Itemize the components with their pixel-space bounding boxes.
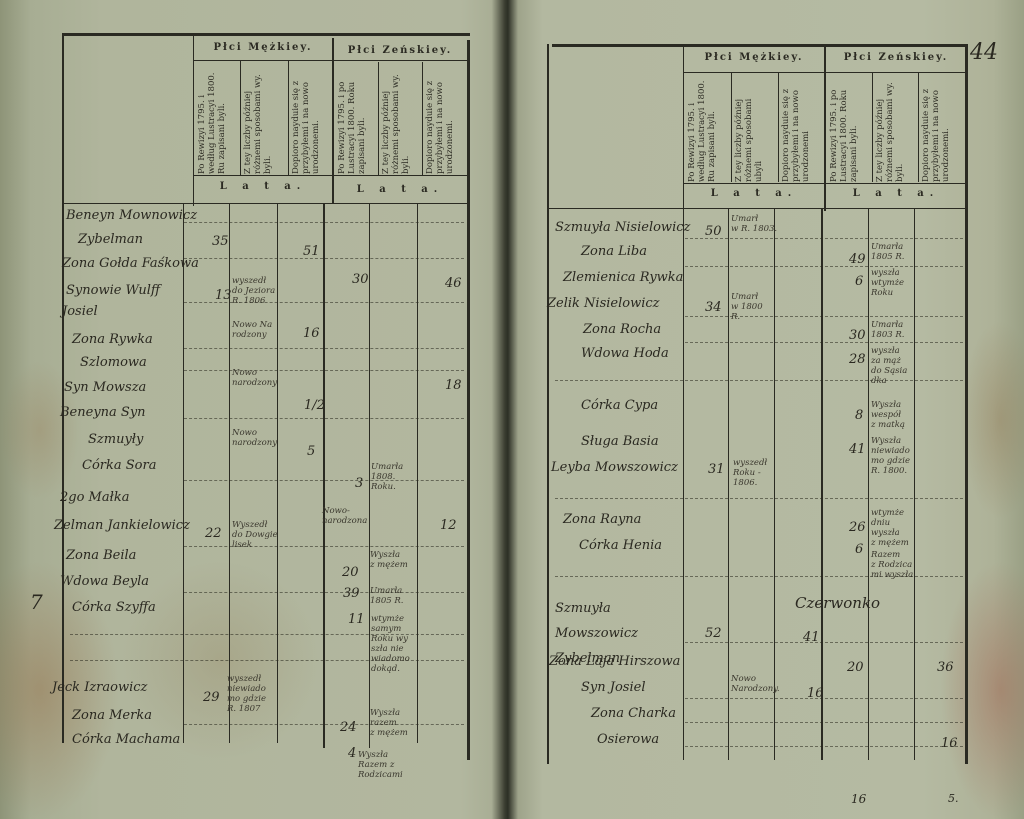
person-name: Córka Cypa: [581, 398, 658, 413]
male-1795-age: 50: [705, 224, 722, 239]
female-1795-age: 28: [849, 352, 866, 367]
male-current-age: 51: [303, 244, 320, 259]
female-departure-note: wyszła wtymże Roku: [871, 268, 904, 298]
person-name: Zona Beila: [66, 548, 136, 563]
name-column-border: [193, 36, 194, 206]
header-bottom: [549, 208, 967, 209]
person-name: Szmuyły: [88, 432, 143, 447]
table-top-border: [62, 33, 470, 36]
female-departure-note: Umarła 1805 R.: [871, 242, 904, 262]
male-departure-note: Nowo Na rodzony: [232, 320, 272, 340]
dotted-rule: [184, 348, 464, 349]
lata-label: L a t a.: [195, 181, 331, 192]
person-name: Zona Liba: [581, 244, 647, 259]
column-divider: [229, 203, 230, 743]
dotted-rule: [555, 576, 963, 577]
left-page: Płci Mężkiey. Płci Zeńskiey. Po Rewizyi …: [0, 0, 500, 819]
table-top-border: [552, 44, 968, 47]
column-divider: [868, 208, 869, 760]
column-divider: [277, 203, 278, 743]
female-departure-note: Wyszła razem z mężem: [370, 708, 408, 738]
name-column-border: [683, 46, 684, 211]
female-1795-age: 6: [855, 274, 863, 289]
column-header: Dopioro nayduie się z przybyłemi i na no…: [781, 76, 823, 182]
column-header: Dopioro nayduie się z przybyłemi i na no…: [291, 64, 331, 174]
female-departure-note: Umarła 1808. Roku.: [371, 462, 403, 492]
female-departure-note: Umarła 1805 R.: [370, 586, 403, 606]
female-departure-note: Wyszła niewiado mo gdzie R. 1800.: [871, 436, 910, 476]
female-birth-note: Nowo- narodzona: [322, 506, 367, 526]
person-name: Syn Josiel: [581, 680, 645, 695]
male-current-age: 5: [307, 444, 315, 459]
person-name: Zona Laja Hirszowa: [549, 654, 680, 669]
footer-mark: 5.: [948, 792, 959, 805]
column-header: Z tey liczby później różnemi sposobami w…: [243, 64, 285, 174]
person-name: Zona Merka: [72, 708, 152, 723]
person-name: Szmuyła Nisielowicz: [555, 220, 690, 235]
person-name: Zona Rywka: [72, 332, 153, 347]
person-name: Córka Henia: [579, 538, 662, 553]
dotted-rule: [685, 266, 963, 267]
male-departure-note: wyszedł niewiado mo gdzie R. 1807: [227, 674, 266, 714]
column-header: Po Rewizyi 1795. i według Lustracyi 1800…: [197, 64, 239, 174]
group-divider: [824, 46, 826, 211]
dotted-rule: [70, 660, 464, 661]
female-1795-age: 6: [855, 542, 863, 557]
dotted-rule: [70, 634, 464, 635]
person-name: Sługa Basia: [581, 434, 659, 449]
dotted-rule: [685, 642, 963, 643]
column-divider: [417, 203, 418, 743]
column-divider: [778, 72, 779, 182]
lata-divider: [193, 175, 468, 176]
dotted-rule: [685, 746, 963, 747]
column-divider: [183, 203, 184, 743]
lata-label: L a t a.: [685, 188, 823, 199]
female-current-age: 16: [941, 736, 958, 751]
person-name: Szlomowa: [80, 355, 147, 370]
dotted-rule: [184, 370, 464, 371]
dotted-rule: [184, 418, 464, 419]
lata-divider: [683, 183, 967, 184]
page-number: 44: [970, 40, 998, 65]
column-header: Z tey liczby później różnemi sposobami u…: [734, 76, 776, 182]
column-header: Po Rewizyi 1795. i według Lustracyi 1800…: [687, 76, 729, 182]
female-current-age: 36: [937, 660, 954, 675]
person-name: Jeck Izraowicz: [52, 680, 147, 695]
female-departure-note: Wyszła z mężem: [370, 550, 408, 570]
column-divider: [728, 208, 729, 760]
dotted-rule: [555, 380, 963, 381]
person-name: Córka Machama: [72, 732, 180, 747]
person-name: Zybelman: [78, 232, 143, 247]
person-name: Zona Charka: [591, 706, 676, 721]
female-current-age: 12: [440, 518, 457, 533]
column-header: Dopioro nayduie się z przybyłemi i na no…: [425, 64, 465, 174]
right-page: 44 Płci Mężkiey. Płci Zeńskiey. Po Rewiz…: [505, 0, 1024, 819]
column-divider: [288, 60, 289, 175]
footer-mark: 16: [851, 792, 866, 806]
column-divider: [683, 208, 684, 760]
person-name: Zona Rocha: [583, 322, 661, 337]
person-name: Syn Mowsza: [64, 380, 146, 395]
female-1795-age: 39: [343, 586, 360, 601]
person-name: Córka Szyffa: [72, 600, 156, 615]
female-departure-note: wtymże samym Roku wy szła nie wiadomo do…: [371, 614, 410, 674]
dotted-rule: [184, 222, 464, 223]
male-departure-note: Nowo narodzony: [232, 368, 277, 388]
male-departure-note: wyszedł Roku - 1806.: [733, 458, 767, 488]
column-divider: [323, 203, 325, 748]
female-1795-age: 30: [352, 272, 369, 287]
person-name: Osierowa: [597, 732, 659, 747]
female-1795-age: 24: [340, 720, 357, 735]
header-divider: [683, 72, 967, 73]
column-divider: [872, 72, 873, 182]
male-1795-age: 31: [708, 462, 725, 477]
table-right-border: [467, 40, 470, 760]
column-divider: [731, 72, 732, 182]
dotted-rule: [184, 546, 464, 547]
male-birth-note: Nowo Narodzony.: [731, 674, 780, 694]
column-header: Po Rewizyi 1795. i po Lustracyi 1800. Ro…: [829, 76, 871, 182]
person-name: Beneyn Mownowicz: [66, 208, 197, 223]
person-name: Zelman Jankielowicz: [54, 518, 190, 533]
column-divider: [369, 203, 370, 748]
person-name: Zona Gołda Faśkowa: [62, 256, 199, 271]
dotted-rule: [685, 342, 963, 343]
dotted-rule: [685, 316, 963, 317]
column-divider: [422, 62, 423, 175]
male-1795-age: 22: [205, 526, 222, 541]
male-group-header: Płci Mężkiey.: [685, 52, 823, 63]
female-1795-age: 4: [348, 746, 356, 761]
male-1795-age: 52: [705, 626, 722, 641]
dotted-rule: [685, 722, 963, 723]
dotted-rule: [184, 724, 464, 725]
dotted-rule: [685, 698, 963, 699]
female-group-header: Płci Zeńskiey.: [335, 45, 465, 56]
male-group-header: Płci Mężkiey.: [195, 42, 331, 53]
header-divider: [193, 60, 468, 61]
lata-label: L a t a.: [335, 184, 465, 195]
column-header: Dopioro nayduie się z przybyłemi i na no…: [921, 76, 963, 182]
female-1795-age: 20: [342, 565, 359, 580]
column-divider: [378, 62, 379, 175]
column-header: Po Rewizyi 1795. i po Lustracyi 1800. Ro…: [337, 64, 377, 174]
female-1795-age: 8: [855, 408, 863, 423]
dotted-rule: [184, 302, 464, 303]
male-1795-age: 35: [212, 234, 229, 249]
male-1795-age: 34: [705, 300, 722, 315]
person-name: Córka Sora: [82, 458, 156, 473]
male-departure-note: Nowo narodzony: [232, 428, 277, 448]
person-name: Zelik Nisielowicz: [547, 296, 660, 311]
person-name: Wdowa Beyla: [60, 574, 149, 589]
margin-mark: 7: [30, 590, 43, 614]
person-name: Zlemienica Rywka: [563, 270, 683, 285]
column-divider: [918, 72, 919, 182]
female-group-header: Płci Zeńskiey.: [827, 52, 965, 63]
dotted-rule: [184, 592, 464, 593]
person-name: 2go Małka: [60, 490, 129, 505]
person-name: Zona Rayna: [563, 512, 641, 527]
male-departure-note: Umarł w 1800 R.: [731, 292, 763, 322]
person-name: Wdowa Hoda: [581, 346, 669, 361]
column-divider: [240, 60, 241, 175]
female-current-age: 46: [445, 276, 462, 291]
dotted-rule: [685, 238, 963, 239]
female-departure-note: wtymże dniu wyszła z mężem: [871, 508, 909, 548]
female-current-age: 18: [445, 378, 462, 393]
handwritten-annotation: Czerwonko: [795, 594, 880, 612]
column-divider: [821, 208, 823, 760]
header-bottom: [64, 203, 468, 204]
male-departure-note: Umarł w R. 1803.: [731, 214, 777, 234]
column-divider: [914, 208, 915, 760]
table-right-border: [965, 44, 968, 764]
female-1795-age: 49: [849, 252, 866, 267]
female-departure-note: Wyszła Razem z Rodzicami: [358, 750, 403, 780]
female-1795-age: 41: [849, 442, 866, 457]
female-1795-age: 26: [849, 520, 866, 535]
female-departure-note: Wyszła wespół z matką: [871, 400, 905, 430]
person-name: Leyba Mowszowicz: [551, 460, 678, 475]
group-divider: [332, 38, 334, 203]
person-name: Josiel: [62, 304, 98, 319]
dotted-rule: [184, 258, 464, 259]
female-1795-age: 20: [847, 660, 864, 675]
female-1795-age: 11: [348, 612, 365, 627]
lata-label: L a t a.: [827, 188, 965, 199]
dotted-rule: [555, 498, 963, 499]
column-header: Z tey liczby później różnemi sposobami w…: [875, 76, 917, 182]
male-1795-age: 13: [215, 288, 232, 303]
female-1795-age: 3: [355, 476, 363, 491]
male-current-age: 16: [303, 326, 320, 341]
book-spread: Płci Mężkiey. Płci Zeńskiey. Po Rewizyi …: [0, 0, 1024, 819]
person-name: Synowie Wulff: [66, 283, 160, 298]
person-name: Beneyna Syn: [60, 405, 146, 420]
male-current-age: 1/2: [304, 398, 325, 413]
female-departure-note: Umarła 1803 R.: [871, 320, 904, 340]
male-1795-age: 29: [203, 690, 220, 705]
female-1795-age: 30: [849, 328, 866, 343]
dotted-rule: [184, 480, 464, 481]
column-header: Z tey liczby później różnemi sposobami w…: [381, 64, 421, 174]
